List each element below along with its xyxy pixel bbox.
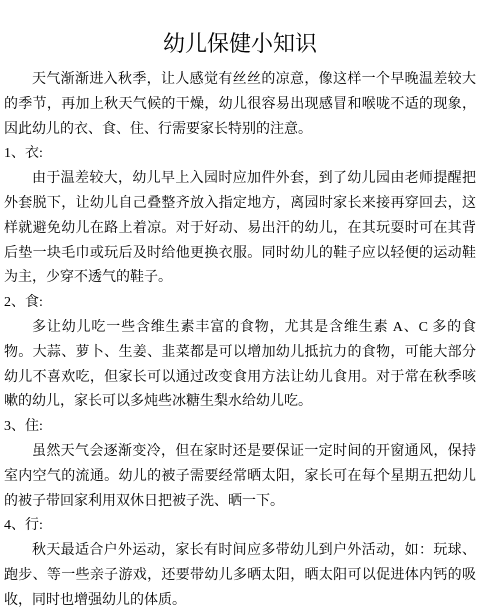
section-food: 2、食: 多让幼儿吃一些含维生素丰富的食物，尤其是含维生素 A、C 多的食物。大…: [4, 291, 476, 415]
document-page: 幼儿保健小知识 天气渐渐进入秋季，让人感觉有丝丝的凉意，像这样一个早晚温差较大的…: [0, 0, 480, 614]
section-body-food: 多让幼儿吃一些含维生素丰富的食物，尤其是含维生素 A、C 多的食物。大蒜、萝卜、…: [4, 316, 476, 415]
section-activity: 4、行: 秋天最适合户外运动，家长有时间应多带幼儿到户外活动，如：玩球、跑步、等…: [4, 514, 476, 613]
section-heading-activity: 4、行:: [4, 514, 476, 539]
section-body-clothing: 由于温差较大，幼儿早上入园时应加件外套，到了幼儿园由老师提醒把外套脱下，让幼儿自…: [4, 167, 476, 291]
intro-paragraph: 天气渐渐进入秋季，让人感觉有丝丝的凉意，像这样一个早晚温差较大的季节，再加上秋天…: [4, 68, 476, 142]
section-living: 3、住: 虽然天气会逐渐变冷，但在家时还是要保证一定时间的开窗通风，保持室内空气…: [4, 415, 476, 514]
section-clothing: 1、衣: 由于温差较大，幼儿早上入园时应加件外套，到了幼儿园由老师提醒把外套脱下…: [4, 142, 476, 291]
section-heading-living: 3、住:: [4, 415, 476, 440]
page-title: 幼儿保健小知识: [4, 28, 476, 60]
section-heading-clothing: 1、衣:: [4, 142, 476, 167]
section-heading-food: 2、食:: [4, 291, 476, 316]
section-body-activity: 秋天最适合户外运动，家长有时间应多带幼儿到户外活动，如：玩球、跑步、等一些亲子游…: [4, 539, 476, 613]
section-body-living: 虽然天气会逐渐变冷，但在家时还是要保证一定时间的开窗通风，保持室内空气的流通。幼…: [4, 440, 476, 514]
